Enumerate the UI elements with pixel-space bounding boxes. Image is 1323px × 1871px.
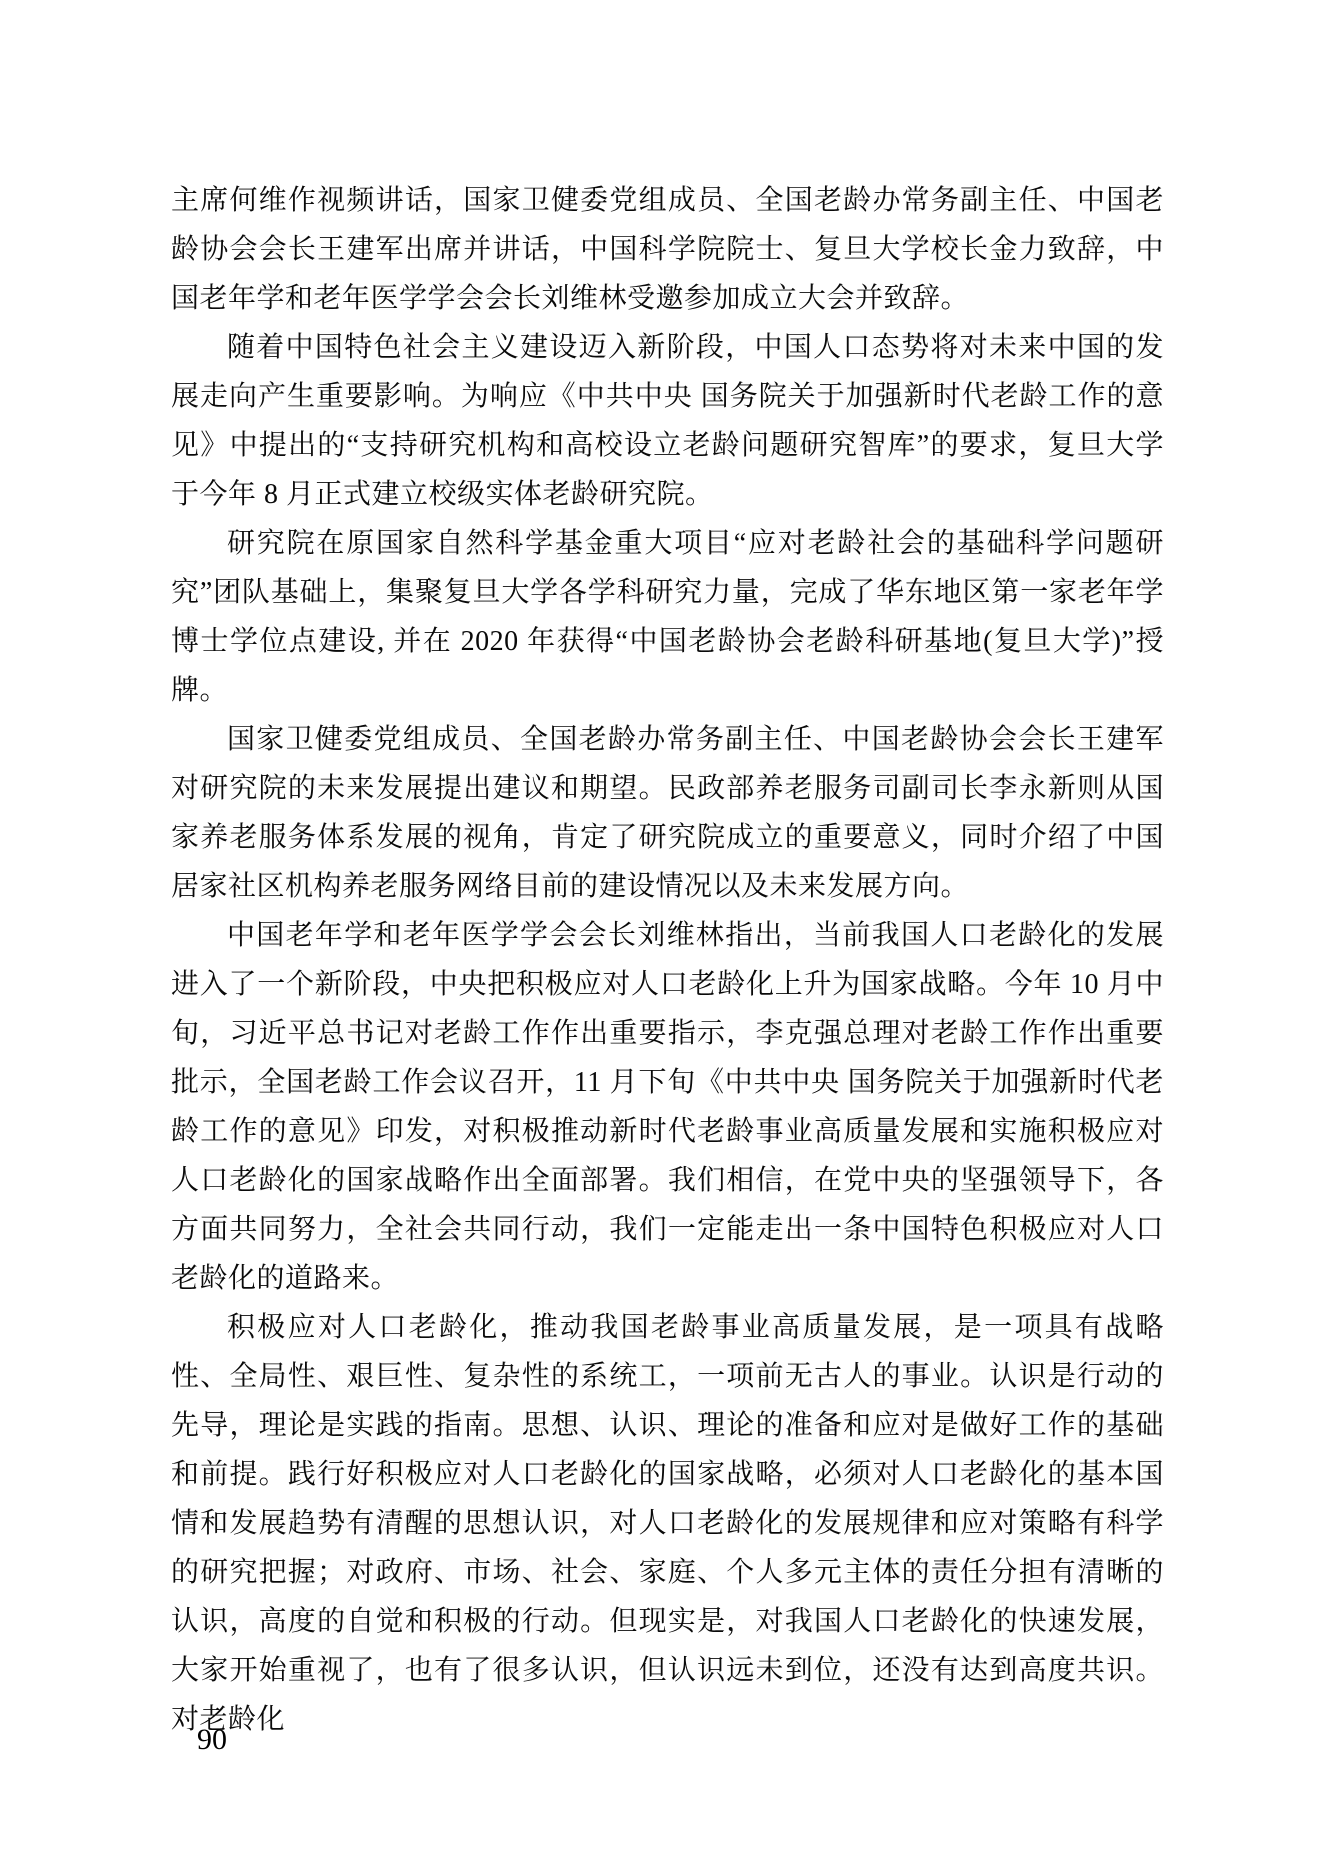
paragraph: 国家卫健委党组成员、全国老龄办常务副主任、中国老龄协会会长王建军对研究院的未来发…	[171, 715, 1164, 911]
paragraph: 中国老年学和老年医学学会会长刘维林指出，当前我国人口老龄化的发展进入了一个新阶段…	[171, 911, 1164, 1303]
document-page: 主席何维作视频讲话，国家卫健委党组成员、全国老龄办常务副主任、中国老龄协会会长王…	[0, 0, 1323, 1871]
page-number: 90	[197, 1722, 227, 1758]
paragraph: 积极应对人口老龄化，推动我国老龄事业高质量发展，是一项具有战略性、全局性、艰巨性…	[171, 1303, 1164, 1744]
paragraph: 研究院在原国家自然科学基金重大项目“应对老龄社会的基础科学问题研究”团队基础上，…	[171, 519, 1164, 715]
paragraph: 随着中国特色社会主义建设迈入新阶段，中国人口态势将对未来中国的发展走向产生重要影…	[171, 323, 1164, 519]
text-content: 主席何维作视频讲话，国家卫健委党组成员、全国老龄办常务副主任、中国老龄协会会长王…	[171, 176, 1164, 1744]
paragraph: 主席何维作视频讲话，国家卫健委党组成员、全国老龄办常务副主任、中国老龄协会会长王…	[171, 176, 1164, 323]
